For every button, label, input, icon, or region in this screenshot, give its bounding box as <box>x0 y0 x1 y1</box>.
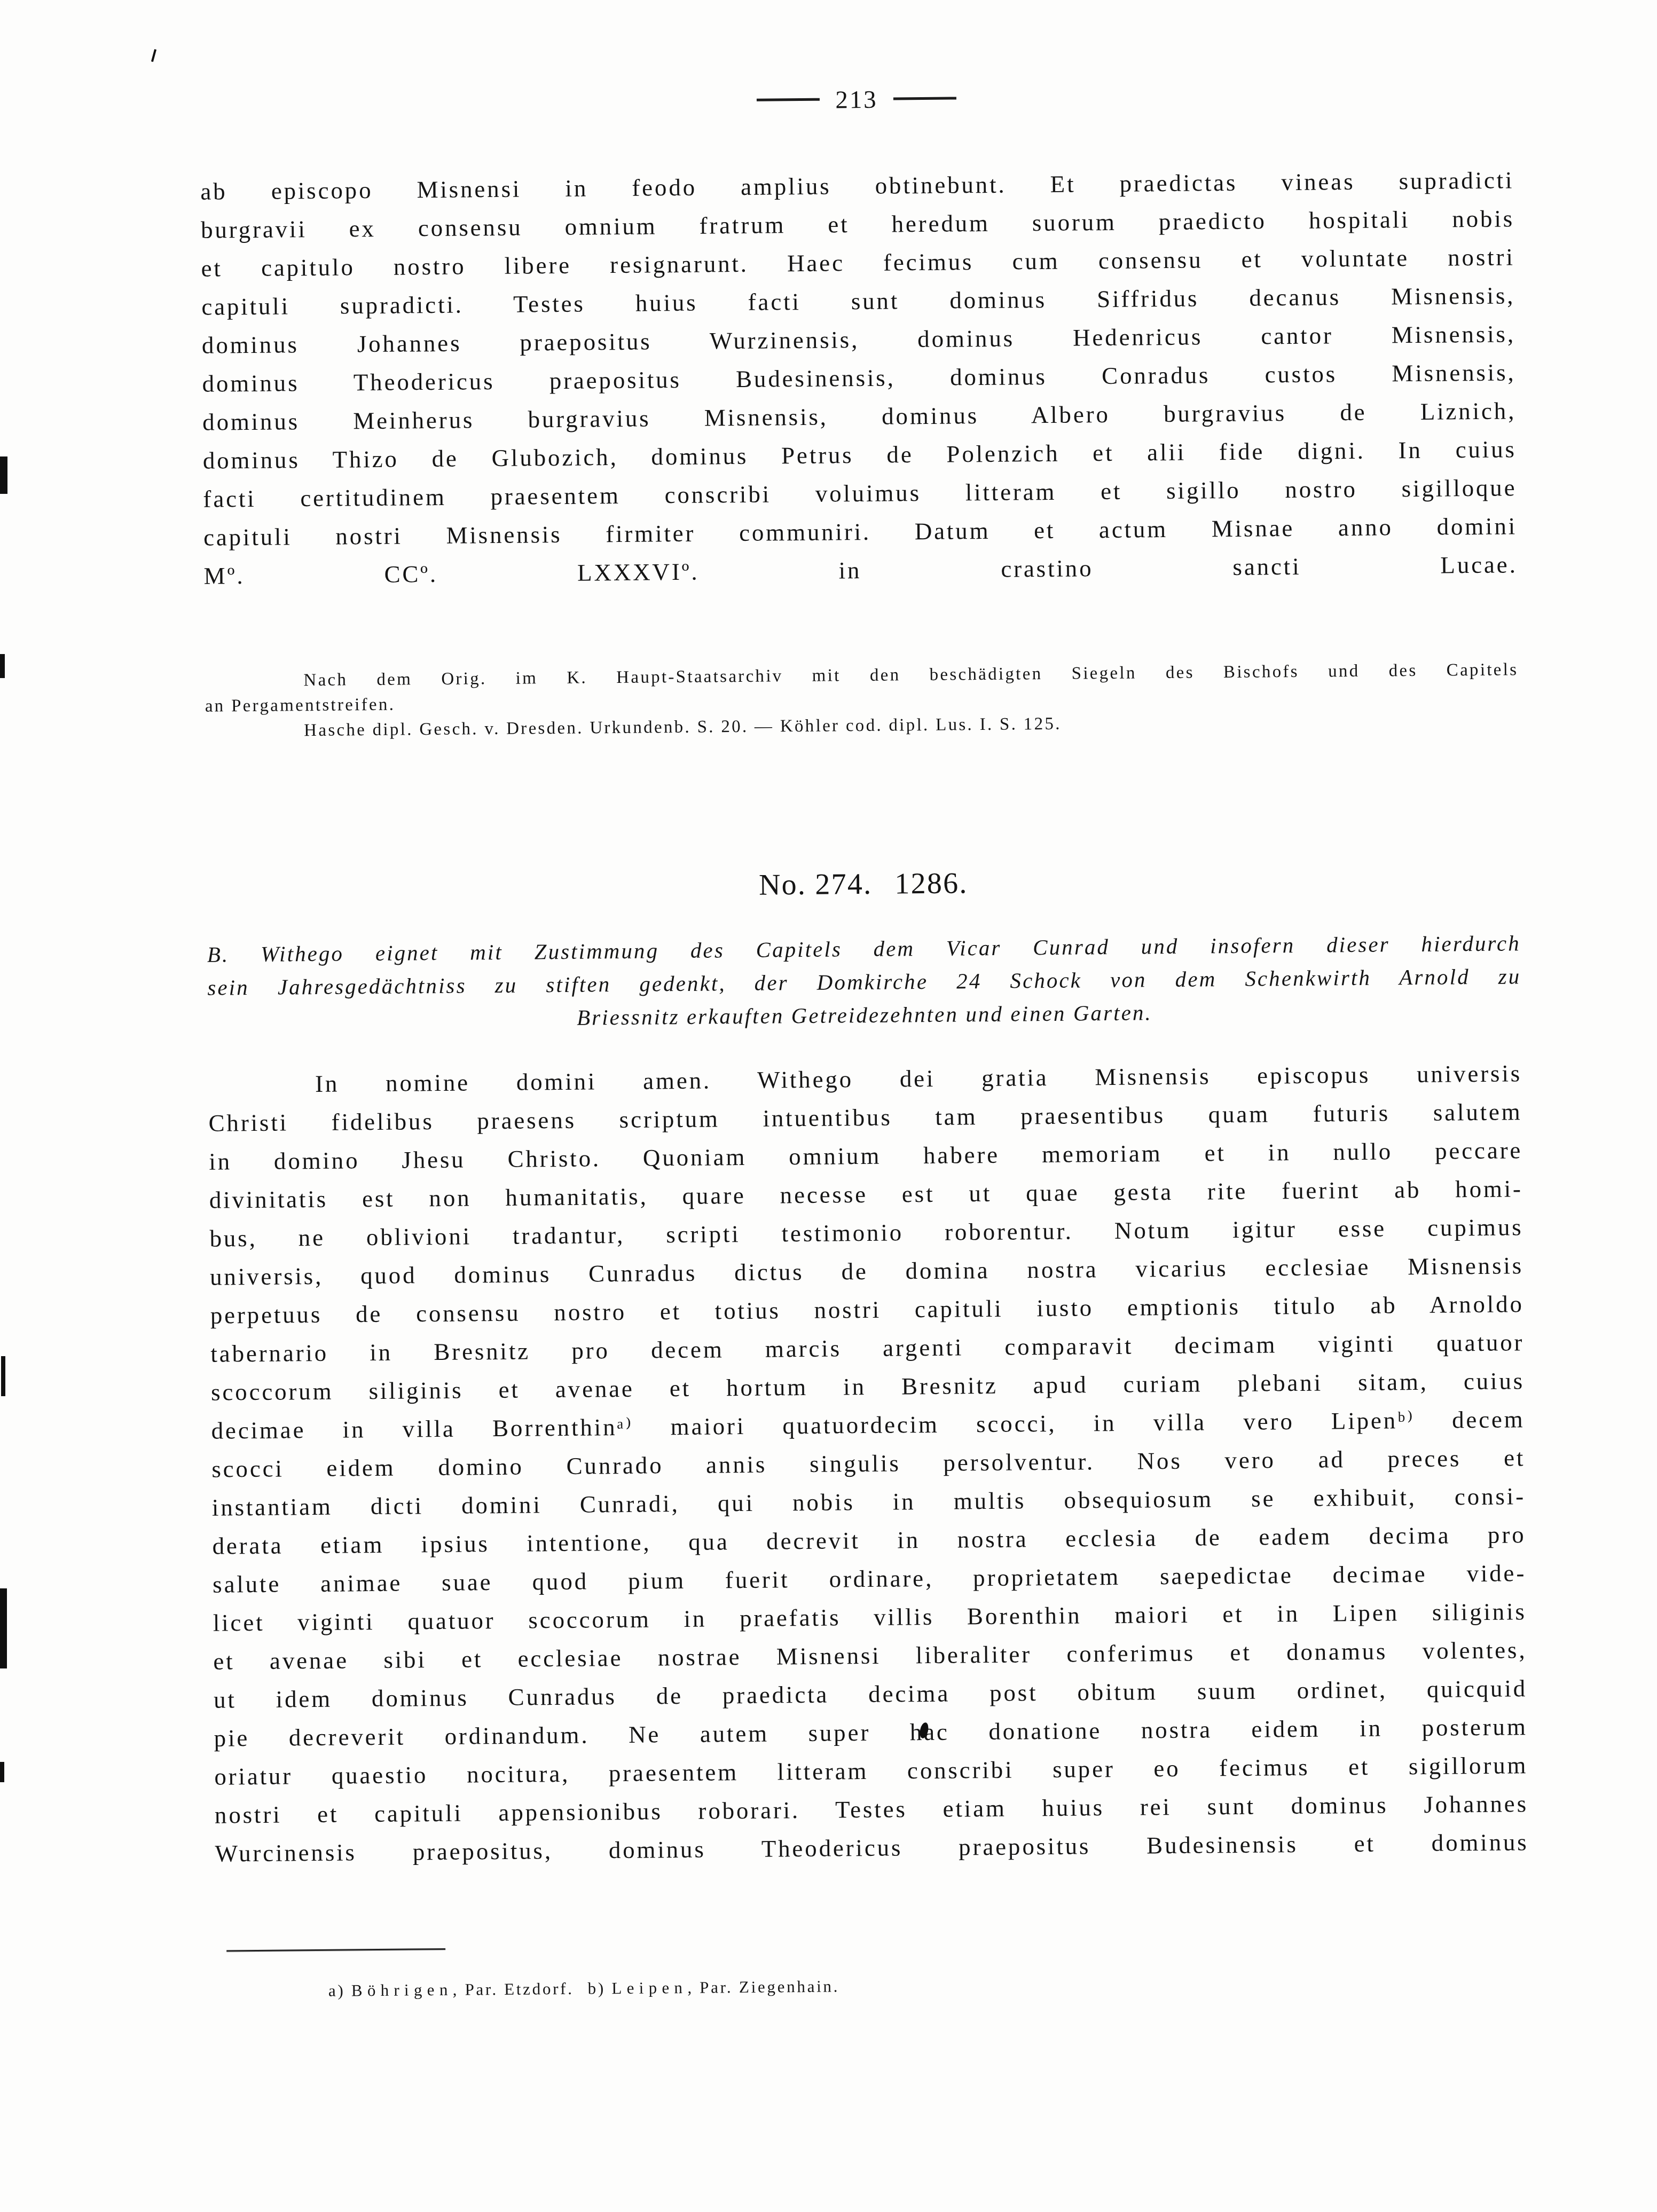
footnote: a) Böhrigen, Par. Etzdorf.b) Leipen, Par… <box>216 1971 1530 2001</box>
scan-artifact <box>0 654 5 678</box>
footnote-a-parish: , Par. Etzdorf. <box>452 1979 574 1999</box>
running-head: 213 <box>200 80 1513 120</box>
charter-273-body: ab episcopo Misnensi in feodo amplius ob… <box>200 161 1518 595</box>
scanned-book-page: { "page": { "number": "213" }, "charter_… <box>0 0 1657 2212</box>
charter-273-body-lines: ab episcopo Misnensi in feodo amplius ob… <box>200 161 1517 556</box>
charter-274-heading: No. 274.1286. <box>207 861 1520 907</box>
footnote-b-placename: Leipen <box>611 1978 687 1997</box>
charter-274-number: No. 274. <box>759 868 873 902</box>
charter-274-summary: B. Withego eignet mit Zustimmung des Cap… <box>207 926 1522 1037</box>
scan-artifact <box>1 1356 5 1396</box>
footnote-a-placename: Böhrigen <box>351 1980 453 2000</box>
scan-artifact <box>151 49 156 62</box>
charter-274-body: In nomine domini amen. Withego dei grati… <box>208 1054 1529 1872</box>
charter-274-summary-lines: B. Withego eignet mit Zustimmung des Cap… <box>207 926 1521 1004</box>
footnote-a-marker: a) <box>328 1981 351 2000</box>
scan-artifact <box>0 1762 4 1782</box>
header-rule-right <box>893 97 956 100</box>
page-number: 213 <box>835 86 877 114</box>
header-rule-left <box>756 98 819 101</box>
scan-artifact <box>0 456 7 494</box>
footnote-b-parish: , Par. Ziegenhain. <box>687 1977 839 1996</box>
charter-273-source-notes: Nach dem Orig. im K. Haupt-Staatsarchiv … <box>205 657 1519 744</box>
footnote-b-marker: b) <box>588 1979 612 1997</box>
footnote-rule <box>226 1948 445 1952</box>
charter-274-year: 1286. <box>894 867 968 900</box>
scan-artifact <box>0 1588 7 1668</box>
page-text-block: 213 ab episcopo Misnensi in feodo ampliu… <box>200 74 1531 2088</box>
